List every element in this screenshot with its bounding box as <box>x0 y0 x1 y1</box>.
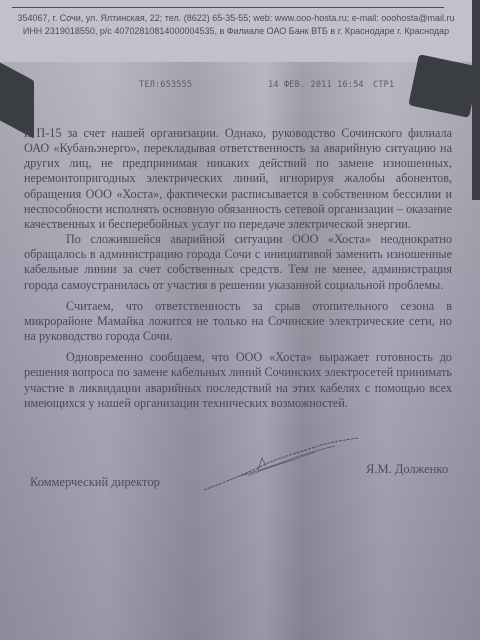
paragraph-1: и П-15 за счет нашей организации. Однако… <box>24 126 452 232</box>
letterhead-address: 354067, г. Сочи, ул. Ялтинская, 22; тел.… <box>0 13 472 23</box>
handwritten-signature <box>200 436 360 496</box>
letterhead-sheet: 354067, г. Сочи, ул. Ялтинская, 22; тел.… <box>0 0 472 62</box>
letter-body: и П-15 за счет нашей организации. Однако… <box>24 126 452 411</box>
fax-datetime: 14 ФЕВ. 2011 16:54 <box>268 80 364 90</box>
fax-phone: ТЕЛ:653555 <box>139 80 192 90</box>
paragraph-4: Одновременно сообщаем, что ООО «Хоста» в… <box>24 350 452 411</box>
letterhead-rule <box>12 7 444 8</box>
background-edge <box>472 0 480 200</box>
signatory-name: Я.М. Долженко <box>366 462 448 477</box>
signatory-title: Коммерческий директор <box>30 475 160 490</box>
paragraph-3: Считаем, что ответственность за срыв ото… <box>24 299 452 344</box>
fax-page: СТР1 <box>373 80 394 90</box>
letterhead-bank-details: ИНН 2319018550, р/с 40702810814000004535… <box>0 26 472 36</box>
paragraph-2: По сложившейся аварийной ситуации ООО «Х… <box>24 232 452 293</box>
